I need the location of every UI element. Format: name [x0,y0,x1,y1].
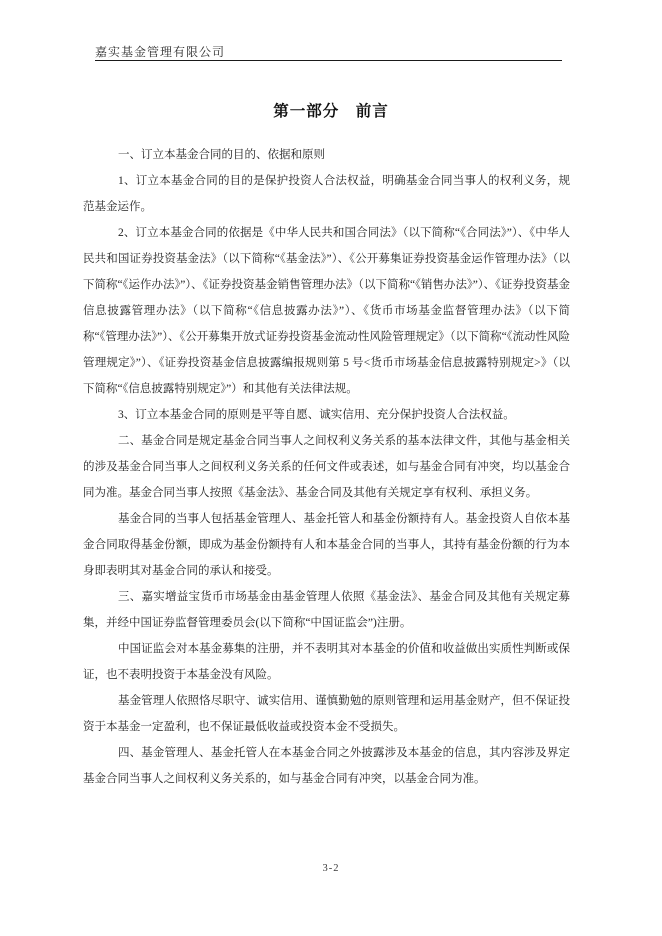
header-company-name: 嘉实基金管理有限公司 [95,43,225,60]
paragraph-6: 基金合同的当事人包括基金管理人、基金托管人和基金份额持有人。基金投资人自依本基金… [83,506,570,584]
header-divider-line [95,60,562,61]
document-body: 一、订立本基金合同的目的、依据和原则1、订立本基金合同的目的是保护投资人合法权益… [83,142,570,792]
paragraph-7: 三、嘉实增益宝货币市场基金由基金管理人依照《基金法》、基金合同及其他有关规定募集… [83,584,570,636]
paragraph-10: 四、基金管理人、基金托管人在本基金合同之外披露涉及本基金的信息，其内容涉及界定基… [83,740,570,792]
paragraph-1: 一、订立本基金合同的目的、依据和原则 [83,142,570,168]
section-title: 第一部分 前言 [0,99,662,121]
paragraph-5: 二、基金合同是规定基金合同当事人之间权利义务关系的基本法律文件，其他与基金相关的… [83,428,570,506]
paragraph-2: 1、订立本基金合同的目的是保护投资人合法权益，明确基金合同当事人的权利义务，规范… [83,168,570,220]
paragraph-8: 中国证监会对本基金募集的注册，并不表明其对本基金的价值和收益做出实质性判断或保证… [83,636,570,688]
page-number: 3-2 [323,863,340,874]
paragraph-4: 3、订立本基金合同的原则是平等自愿、诚实信用、充分保护投资人合法权益。 [83,402,570,428]
document-page: 嘉实基金管理有限公司 第一部分 前言 一、订立本基金合同的目的、依据和原则1、订… [0,0,662,936]
paragraph-9: 基金管理人依照恪尽职守、诚实信用、谨慎勤勉的原则管理和运用基金财产，但不保证投资… [83,688,570,740]
paragraph-3: 2、订立本基金合同的依据是《中华人民共和国合同法》（以下简称“《合同法》”）、《… [83,220,570,402]
page-footer: 3-2 [0,863,662,874]
